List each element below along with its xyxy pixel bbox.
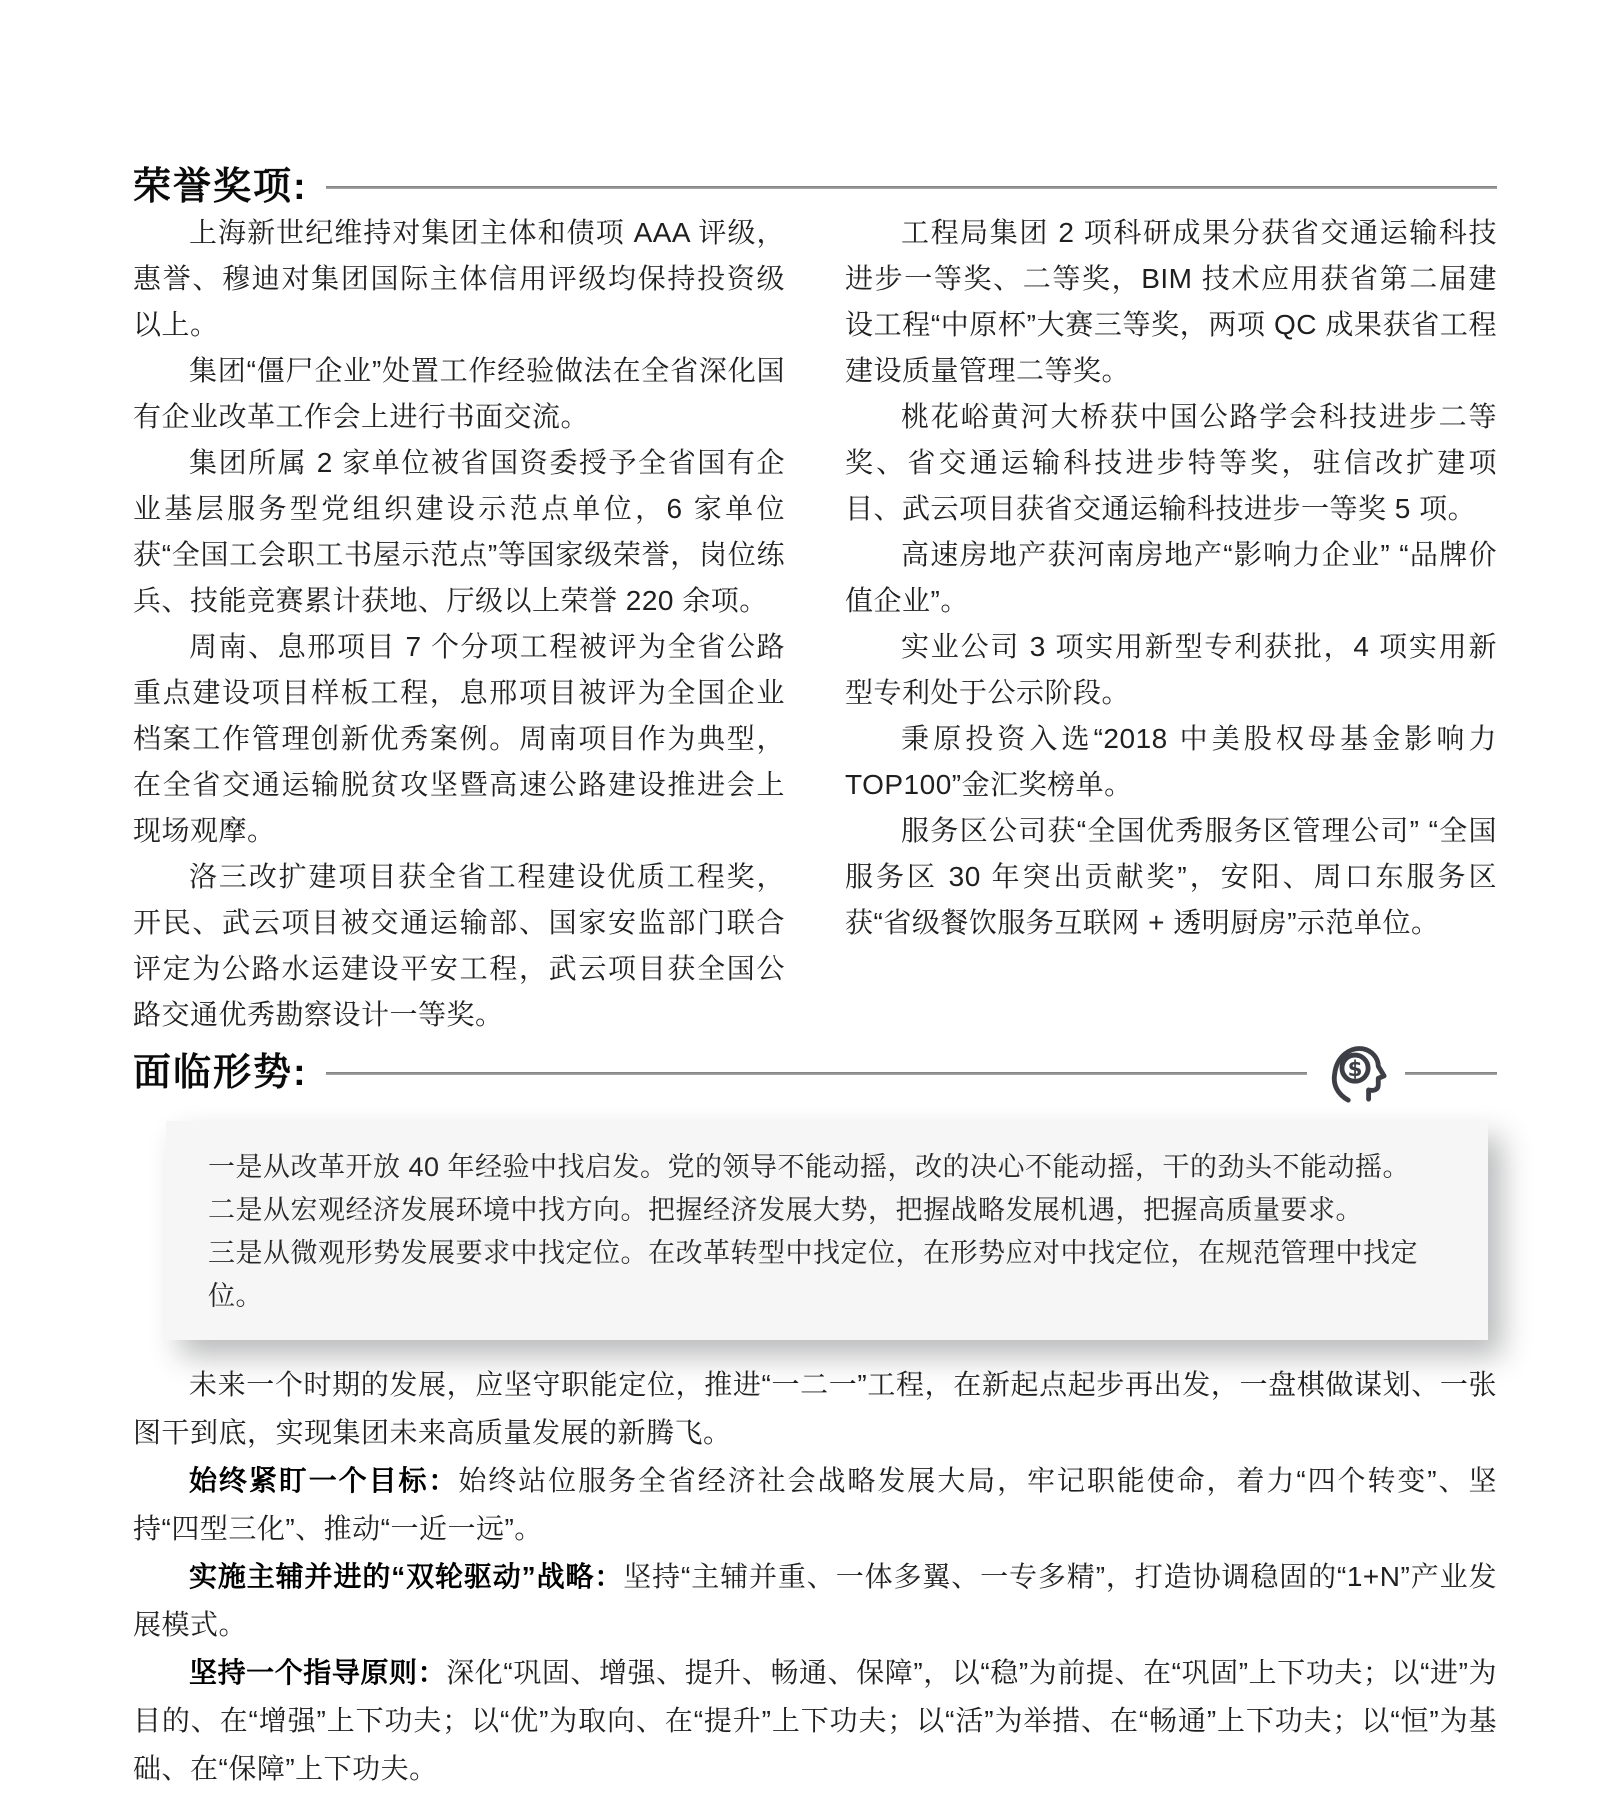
situation-heading-rule bbox=[326, 1072, 1307, 1075]
honors-paragraph: 服务区公司获“全国优秀服务区管理公司” “全国服务区 30 年突出贡献奖”，安阳… bbox=[845, 808, 1497, 946]
closing-paragraph-lead: 实施主辅并进的“双轮驱动”战略： bbox=[189, 1561, 623, 1592]
closing-paragraph-text: 未来一个时期的发展，应坚守职能定位，推进“一二一”工程，在新起点起步再出发，一盘… bbox=[133, 1369, 1497, 1448]
situation-box-line: 一是从改革开放 40 年经验中找启发。党的领导不能动摇，改的决心不能动摇，干的劲… bbox=[208, 1146, 1448, 1189]
svg-text:$: $ bbox=[1348, 1057, 1363, 1082]
honors-paragraph: 周南、息邢项目 7 个分项工程被评为全省公路重点建设项目样板工程，息邢项目被评为… bbox=[133, 624, 785, 854]
honors-paragraph: 洛三改扩建项目获全省工程建设优质工程奖，开民、武云项目被交通运输部、国家安监部门… bbox=[133, 854, 785, 1038]
honors-paragraph: 上海新世纪维持对集团主体和债项 AAA 评级，惠誉、穆迪对集团国际主体信用评级均… bbox=[133, 210, 785, 348]
honors-paragraph: 实业公司 3 项实用新型专利获批，4 项实用新型专利处于公示阶段。 bbox=[845, 624, 1497, 716]
honors-title: 荣誉奖项: bbox=[133, 165, 308, 209]
situation-title: 面临形势: bbox=[133, 1051, 308, 1095]
honors-left-column: 上海新世纪维持对集团主体和债项 AAA 评级，惠誉、穆迪对集团国际主体信用评级均… bbox=[133, 210, 785, 1038]
closing-paragraph: 未来一个时期的发展，应坚守职能定位，推进“一二一”工程，在新起点起步再出发，一盘… bbox=[133, 1361, 1497, 1457]
honors-columns: 上海新世纪维持对集团主体和债项 AAA 评级，惠誉、穆迪对集团国际主体信用评级均… bbox=[133, 210, 1497, 1038]
closing-paragraphs: 未来一个时期的发展，应坚守职能定位，推进“一二一”工程，在新起点起步再出发，一盘… bbox=[133, 1361, 1497, 1793]
money-mind-icon: $ bbox=[1325, 1042, 1387, 1104]
situation-box-line: 二是从宏观经济发展环境中找方向。把握经济发展大势，把握战略发展机遇，把握高质量要… bbox=[208, 1189, 1448, 1232]
situation-heading-rule-short bbox=[1405, 1072, 1497, 1075]
closing-paragraph-lead: 坚持一个指导原则： bbox=[189, 1657, 446, 1688]
section-situation-heading: 面临形势: $ bbox=[133, 1042, 1497, 1104]
honors-paragraph: 工程局集团 2 项科研成果分获省交通运输科技进步一等奖、二等奖，BIM 技术应用… bbox=[845, 210, 1497, 394]
honors-right-column: 工程局集团 2 项科研成果分获省交通运输科技进步一等奖、二等奖，BIM 技术应用… bbox=[845, 210, 1497, 1038]
honors-paragraph: 秉原投资入选“2018 中美股权母基金影响力 TOP100”金汇奖榜单。 bbox=[845, 716, 1497, 808]
report-page: 荣誉奖项: 上海新世纪维持对集团主体和债项 AAA 评级，惠誉、穆迪对集团国际主… bbox=[0, 0, 1614, 1816]
situation-highlight-box: 一是从改革开放 40 年经验中找启发。党的领导不能动摇，改的决心不能动摇，干的劲… bbox=[166, 1121, 1488, 1340]
closing-paragraph: 坚持一个指导原则：深化“巩固、增强、提升、畅通、保障”，以“稳”为前提、在“巩固… bbox=[133, 1649, 1497, 1793]
closing-paragraph-lead: 始终紧盯一个目标： bbox=[189, 1465, 458, 1496]
situation-box-line: 三是从微观形势发展要求中找定位。在改革转型中找定位，在形势应对中找定位，在规范管… bbox=[208, 1232, 1448, 1318]
closing-paragraph: 实施主辅并进的“双轮驱动”战略：坚持“主辅并重、一体多翼、一专多精”，打造协调稳… bbox=[133, 1553, 1497, 1649]
section-honors-heading: 荣誉奖项: bbox=[133, 165, 1497, 209]
honors-heading-rule bbox=[326, 186, 1497, 189]
honors-paragraph: 桃花峪黄河大桥获中国公路学会科技进步二等奖、省交通运输科技进步特等奖，驻信改扩建… bbox=[845, 394, 1497, 532]
honors-paragraph: 高速房地产获河南房地产“影响力企业” “品牌价值企业”。 bbox=[845, 532, 1497, 624]
honors-paragraph: 集团所属 2 家单位被省国资委授予全省国有企业基层服务型党组织建设示范点单位，6… bbox=[133, 440, 785, 624]
closing-paragraph: 始终紧盯一个目标：始终站位服务全省经济社会战略发展大局，牢记职能使命，着力“四个… bbox=[133, 1457, 1497, 1553]
honors-paragraph: 集团“僵尸企业”处置工作经验做法在全省深化国有企业改革工作会上进行书面交流。 bbox=[133, 348, 785, 440]
